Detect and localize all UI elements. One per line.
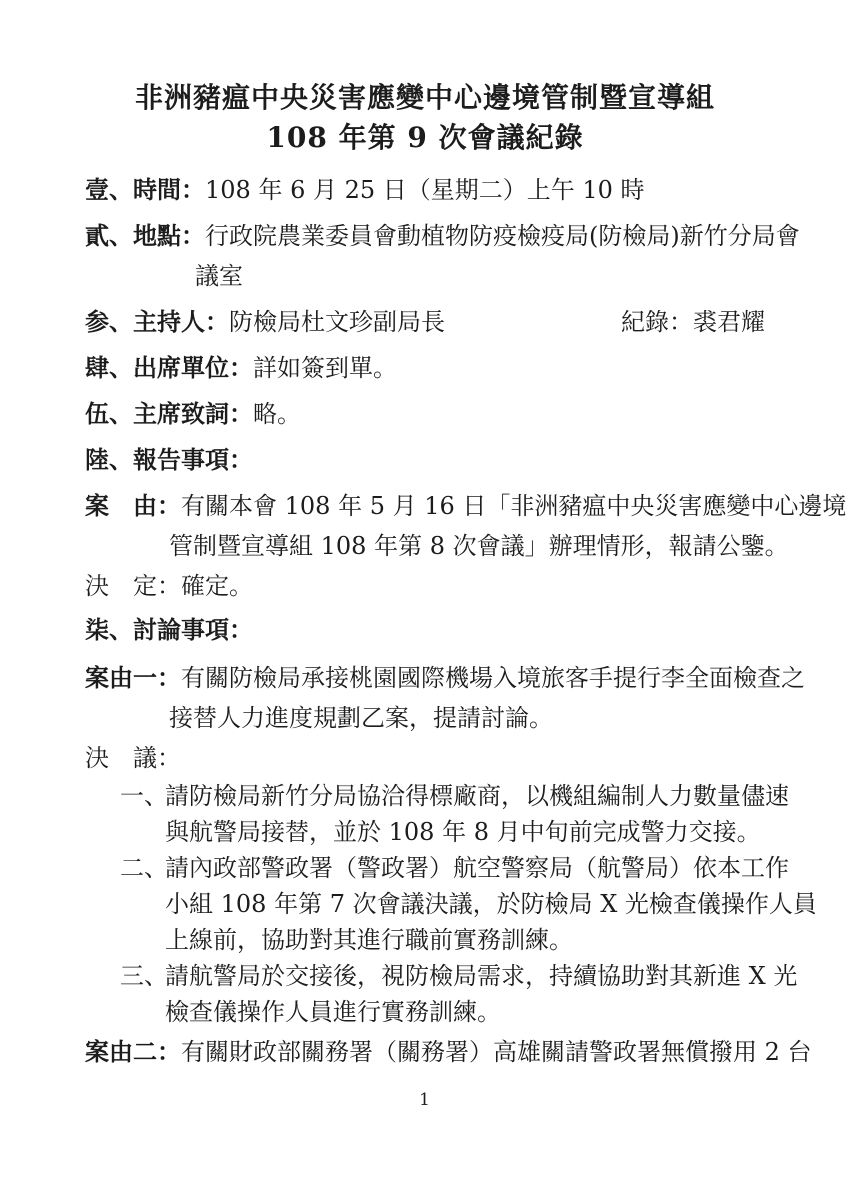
section-reports-label: 陸、報告事項： (85, 445, 253, 474)
case2-line1: 有關財政部關務署（關務署）高雄關請警政署無償撥用 2 台 (181, 1038, 812, 1066)
section-remarks: 伍、主席致詞：略。 (85, 394, 765, 434)
resolution-item-2-line3: 上線前，協助對其進行職前實務訓練。 (120, 922, 765, 958)
resolution-item-1-line1: 請防檢局新竹分局協洽得標廠商，以機組編制人力數量儘速 (165, 782, 789, 810)
report-case: 案 由：有關本會 108 年 5 月 16 日「非洲豬瘟中央災害應變中心邊境 管… (85, 486, 765, 566)
section-time: 壹、時間：108 年 6 月 25 日（星期二）上午 10 時 (85, 170, 765, 210)
section-place-content-line2: 議室 (85, 256, 765, 296)
resolution-item-1-marker: 一、 (120, 778, 165, 814)
document-page: 非洲豬瘟中央災害應變中心邊境管制暨宣導組 108 年第 9 次會議紀錄 壹、時間… (0, 0, 849, 1200)
resolution-item-2-line2: 小組 108 年第 7 次會議決議，於防檢局 X 光檢查儀操作人員 (120, 886, 765, 922)
section-place-label: 貳、地點： (85, 221, 205, 250)
section-place-content-line1: 行政院農業委員會動植物防疫檢疫局(防檢局)新竹分局會 (205, 222, 800, 250)
doc-title-line2: 108 年第 9 次會議紀錄 (85, 118, 765, 158)
report-decision: 決 定：確定。 (85, 566, 765, 606)
resolution-item-1: 一、請防檢局新竹分局協洽得標廠商，以機組編制人力數量儘速 與航警局接替，並於 1… (85, 778, 765, 850)
case2-label: 案由二： (85, 1037, 181, 1066)
section-attendees: 肆、出席單位：詳如簽到單。 (85, 348, 765, 388)
recorder-note: 紀錄：裘君耀 (621, 302, 765, 342)
report-case-line2: 管制暨宣導組 108 年第 8 次會議」辦理情形，報請公鑒。 (85, 526, 765, 566)
section-remarks-label: 伍、主席致詞： (85, 399, 253, 428)
section-chair-content: 防檢局杜文珍副局長 (229, 308, 445, 336)
case1-resolution-label: 決 議： (85, 744, 181, 772)
resolution-item-3-marker: 三、 (120, 958, 165, 994)
section-time-label: 壹、時間： (85, 175, 205, 204)
section-discussions-label: 柒、討論事項： (85, 615, 253, 644)
resolution-item-2-marker: 二、 (120, 850, 165, 886)
case1-line1: 有關防檢局承接桃園國際機場入境旅客手提行李全面檢查之 (181, 664, 805, 692)
section-attendees-content: 詳如簽到單。 (253, 354, 397, 382)
section-chair: 参、主持人：防檢局杜文珍副局長 紀錄：裘君耀 (85, 302, 765, 342)
section-place: 貳、地點：行政院農業委員會動植物防疫檢疫局(防檢局)新竹分局會 議室 (85, 216, 765, 296)
report-decision-content: 確定。 (181, 572, 253, 600)
resolution-item-1-line2: 與航警局接替，並於 108 年 8 月中旬前完成警力交接。 (120, 814, 765, 850)
section-remarks-content: 略。 (253, 400, 301, 428)
resolution-list: 一、請防檢局新竹分局協洽得標廠商，以機組編制人力數量儘速 與航警局接替，並於 1… (85, 778, 765, 1030)
resolution-item-2-line1: 請內政部警政署（警政署）航空警察局（航警局）依本工作 (165, 854, 789, 882)
case1: 案由一：有關防檢局承接桃園國際機場入境旅客手提行李全面檢查之 接替人力進度規劃乙… (85, 658, 765, 738)
report-decision-label: 決 定： (85, 572, 181, 600)
resolution-item-2: 二、請內政部警政署（警政署）航空警察局（航警局）依本工作 小組 108 年第 7… (85, 850, 765, 958)
section-reports: 陸、報告事項： (85, 440, 765, 480)
resolution-item-3-line2: 檢查儀操作人員進行實務訓練。 (120, 994, 765, 1030)
report-case-label: 案 由： (85, 491, 181, 520)
page-number: 1 (0, 1090, 849, 1110)
case1-label: 案由一： (85, 663, 181, 692)
case1-resolution: 決 議： (85, 738, 765, 778)
resolution-item-3: 三、請航警局於交接後，視防檢局需求，持續協助對其新進 X 光 檢查儀操作人員進行… (85, 958, 765, 1030)
document-body: 非洲豬瘟中央災害應變中心邊境管制暨宣導組 108 年第 9 次會議紀錄 壹、時間… (0, 0, 849, 1072)
doc-title-line1: 非洲豬瘟中央災害應變中心邊境管制暨宣導組 (85, 78, 765, 118)
section-chair-label: 参、主持人： (85, 307, 229, 336)
section-attendees-label: 肆、出席單位： (85, 353, 253, 382)
report-case-line1: 有關本會 108 年 5 月 16 日「非洲豬瘟中央災害應變中心邊境 (181, 492, 846, 520)
case2: 案由二：有關財政部關務署（關務署）高雄關請警政署無償撥用 2 台 (85, 1032, 765, 1072)
case1-line2: 接替人力進度規劃乙案，提請討論。 (85, 698, 765, 738)
section-discussions: 柒、討論事項： (85, 610, 765, 650)
resolution-item-3-line1: 請航警局於交接後，視防檢局需求，持續協助對其新進 X 光 (165, 962, 797, 990)
section-time-content: 108 年 6 月 25 日（星期二）上午 10 時 (205, 176, 645, 204)
